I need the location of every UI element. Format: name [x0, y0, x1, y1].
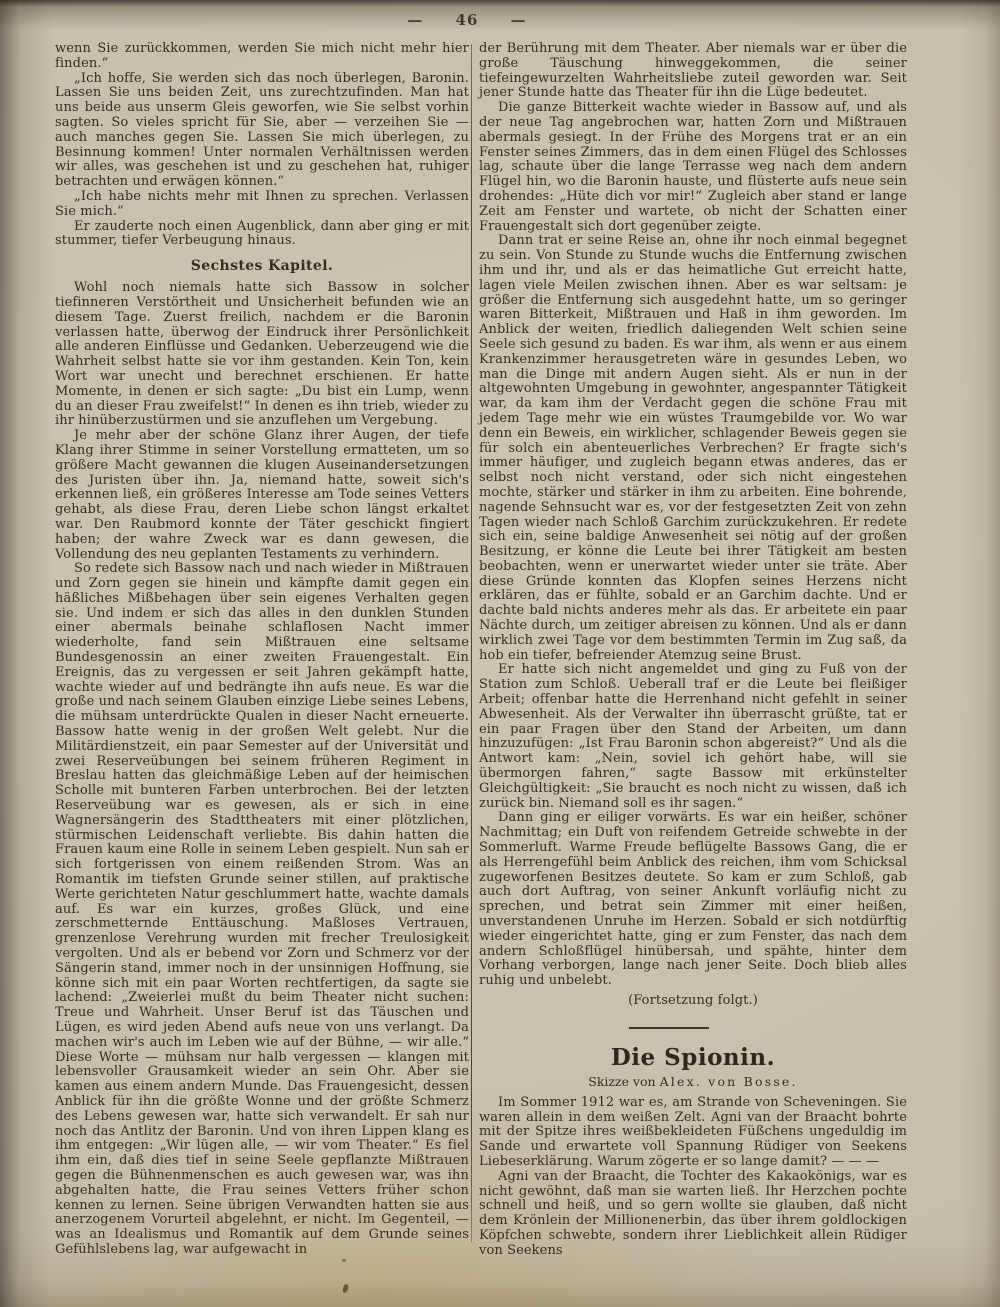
- serial-paragraph: „Ich hoffe, Sie werden sich das noch übe…: [55, 72, 469, 190]
- serial-paragraph: So redete sich Bassow nach und nach wied…: [55, 562, 469, 1257]
- serial-paragraph: Dann trat er seine Reise an, ohne ihr no…: [479, 234, 907, 663]
- ink-speck: [342, 1259, 346, 1262]
- left-column: wenn Sie zurückkommen, werden Sie mich n…: [55, 42, 469, 1258]
- chapter-heading: Sechstes Kapitel.: [55, 258, 469, 274]
- page-number: — 46 —: [0, 11, 934, 29]
- ink-mark: [342, 1283, 350, 1293]
- serial-paragraph: der Berührung mit dem Theater. Aber niem…: [479, 42, 907, 101]
- serial-paragraph: wenn Sie zurückkommen, werden Sie mich n…: [55, 42, 469, 72]
- sketch-paragraph: Agni van der Braacht, die Tochter des Ka…: [479, 1170, 907, 1259]
- serial-paragraph: Er zauderte noch einen Augenblick, dann …: [55, 220, 469, 250]
- column-divider-rule: [471, 44, 472, 1242]
- serial-paragraph: Je mehr aber der schöne Glanz ihrer Auge…: [55, 429, 469, 562]
- serial-paragraph: Dann ging er eiliger vorwärts. Es war ei…: [479, 811, 907, 989]
- right-column: der Berührung mit dem Theater. Aber niem…: [479, 42, 907, 1259]
- sketch-author: Alex. von Bosse.: [660, 1074, 798, 1089]
- serial-paragraph: Wohl noch niemals hatte sich Bassow in s…: [55, 281, 469, 429]
- serial-paragraph: Er hatte sich nicht angemeldet und ging …: [479, 663, 907, 811]
- sketch-subtitle-prefix: Skizze von: [588, 1074, 659, 1089]
- section-divider-rule: [629, 1027, 709, 1029]
- continuation-note: (Fortsetzung folgt.): [479, 994, 907, 1009]
- sketch-subtitle: Skizze von Alex. von Bosse.: [479, 1074, 907, 1089]
- serial-paragraph: Die ganze Bitterkeit wachte wieder in Ba…: [479, 101, 907, 234]
- sketch-title: Die Spionin.: [479, 1044, 907, 1071]
- scanned-newspaper-page: — 46 — wenn Sie zurückkommen, werden Sie…: [0, 0, 1000, 1307]
- serial-paragraph: „Ich habe nichts mehr mit Ihnen zu sprec…: [55, 190, 469, 220]
- sketch-paragraph: Im Sommer 1912 war es, am Strande von Sc…: [479, 1096, 907, 1170]
